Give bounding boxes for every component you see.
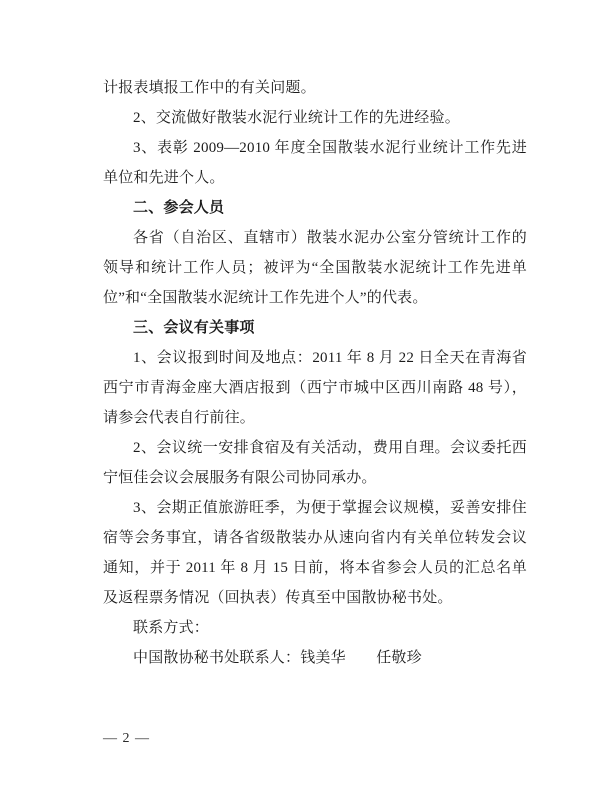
heading-section-2-participants: 二、参会人员 <box>103 193 527 223</box>
document-page: { "colors": { "background": "#ffffff", "… <box>0 0 600 800</box>
para-item-2-board-arrangements: 2、会议统一安排食宿及有关活动，费用自理。会议委托西宁恒佳会议会展服务有限公司协… <box>103 433 527 493</box>
para-item-3-peak-season-notice: 3、会期正值旅游旺季，为便于掌握会议规模，妥善安排住宿等会务事宜，请各省级散装办… <box>103 493 527 613</box>
para-item-2-exchange-experience: 2、交流做好散装水泥行业统计工作的先进经验。 <box>103 103 527 133</box>
heading-section-3-meeting-matters: 三、会议有关事项 <box>103 313 527 343</box>
para-item-3-commendation: 3、表彰 2009—2010 年度全国散装水泥行业统计工作先进单位和先进个人。 <box>103 133 527 193</box>
page-number: — 2 — <box>103 731 150 747</box>
document-text-block: 计报表填报工作中的有关问题。 2、交流做好散装水泥行业统计工作的先进经验。 3、… <box>103 73 527 673</box>
para-item-1-registration-time-place: 1、会议报到时间及地点：2011 年 8 月 22 日全天在青海省西宁市青海金座… <box>103 343 527 433</box>
para-contact-persons: 中国散协秘书处联系人：钱美华 任敬珍 <box>103 643 527 673</box>
para-contact-method-label: 联系方式： <box>103 613 527 643</box>
para-participants-description: 各省（自治区、直辖市）散装水泥办公室分管统计工作的领导和统计工作人员；被评为“全… <box>103 223 527 313</box>
para-report-issues-continuation: 计报表填报工作中的有关问题。 <box>103 73 527 103</box>
